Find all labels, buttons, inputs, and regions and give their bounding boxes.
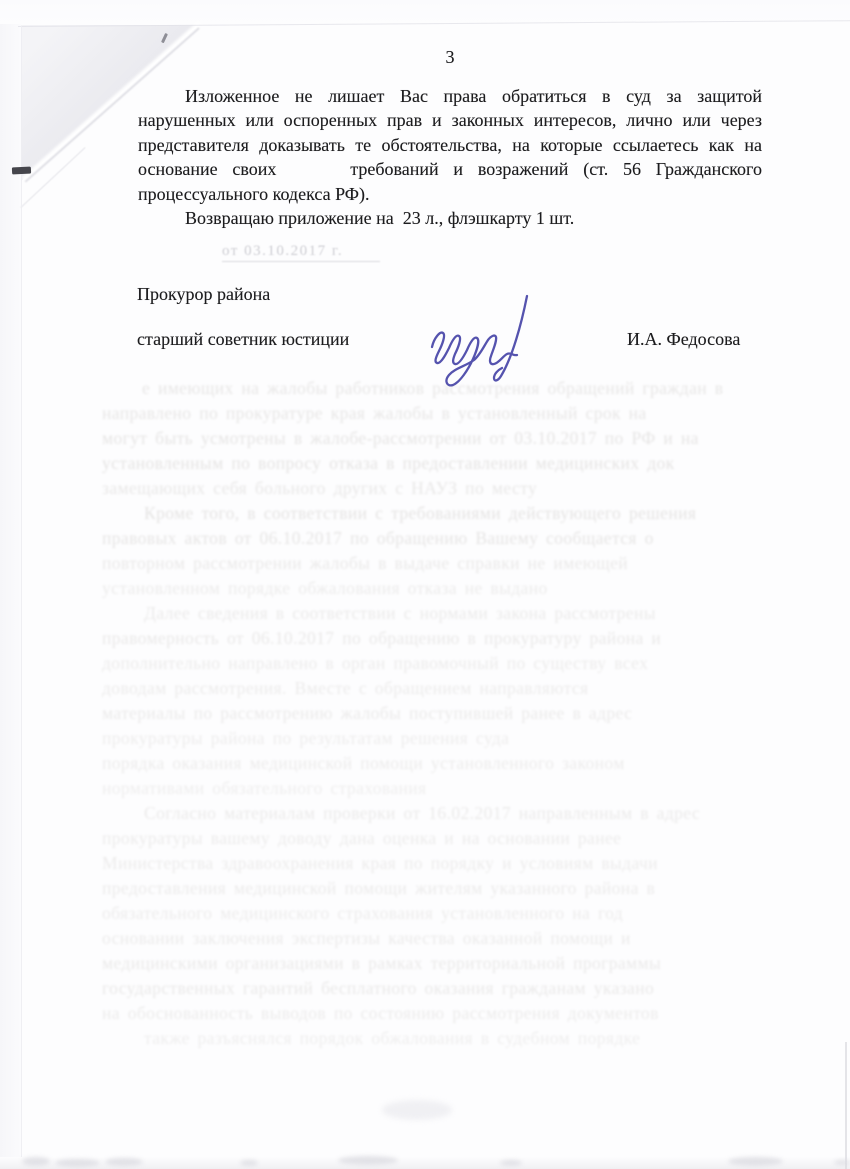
ghost-line: правовых актов от 06.10.2017 по обращени… [102,526,802,551]
ghost-line: нормативами обязательного страхования [102,776,544,801]
paragraph-line: Изложенное не лишает Вас права обратитьс… [138,84,762,108]
bottom-smudge [22,1157,50,1166]
ghost-line: также разъяснялся порядок обжалования в … [144,1026,756,1051]
ghost-line: предоставления медицинской помощи жителя… [102,876,792,901]
ghost-line: дополнительно направлено в орган правомо… [102,651,758,676]
handwritten-signature-ink [424,290,552,390]
paragraph-line: нарушенных или оспоренных прав и законны… [138,108,762,132]
bottom-smudge [500,1160,522,1166]
ghost-line: направлено по прокуратуре края жалобы в … [102,401,808,426]
bottom-smudge [834,1160,850,1165]
ghost-line: государственных гарантий бесплатного ока… [102,976,804,1001]
signer-name: И.А. Федосова [627,329,740,350]
ghost-line: материалы по рассмотрению жалобы поступи… [102,701,780,726]
bleedthrough-text: е имеющих на жалобы работников рассмотре… [102,376,822,1051]
bleedthrough-heading-fragment: от 03.10.2017 г. [222,243,380,262]
right-edge-scan-line [845,1042,847,1169]
ghost-line: прокуратуры вашему доводу дана оценка и … [102,826,780,851]
ghost-line: повторном рассмотрении жалобы в выдаче с… [102,551,754,576]
page-number: 3 [138,47,762,68]
scanned-document-page: 3 Изложенное не лишает Вас права обратит… [0,0,850,1169]
bottom-smudge [240,1160,258,1166]
left-edge-ink-mark [12,167,31,175]
body-paragraph: Изложенное не лишает Вас права обратитьс… [138,84,762,230]
ghost-line: медицинскими организациями в рамках терр… [102,951,784,976]
ghost-line: основании заключения экспертизы качества… [102,926,802,951]
ghost-line: порядка оказания медицинской помощи уста… [102,751,790,776]
ghost-line: доводам рассмотрения. Вместе с обращение… [102,676,724,701]
paragraph-line: основание своих требований и возражений … [138,157,762,181]
ghost-line: е имеющих на жалобы работников рассмотре… [142,376,804,401]
paragraph-line: процессуального кодекса РФ). [138,182,762,206]
ghost-line: прокуратуры района по результатам решени… [102,726,662,751]
ghost-line: правомерность от 06.10.2017 по обращению… [102,626,794,651]
ghost-line: обязательного медицинского страхования у… [102,901,770,926]
ghost-line: установленным по вопросу отказа в предос… [102,451,750,476]
signer-position-line1: Прокурор района [137,284,270,305]
ghost-line: Согласно материалам проверки от 16.02.20… [144,801,844,826]
ghost-line: Кроме того, в соответствии с требованиям… [144,501,812,526]
ghost-line: Далее сведения в соответствии с нормами … [144,601,792,626]
ghost-line: могут быть усмотрены в жалобе-рассмотрен… [102,426,814,451]
paragraph-line: представителя доказывать те обстоятельст… [138,133,762,157]
ghost-line: установленном порядке обжалования отказа… [102,576,702,601]
ghost-line: замещающих себя больного других с НАУЗ п… [102,476,630,501]
paper-left-edge [21,26,22,1169]
ghost-line: Министерства здравоохранения края по пор… [102,851,802,876]
bottom-smudge [728,1157,783,1166]
scanner-background-left [0,0,21,1169]
faint-smudge [382,1100,452,1120]
bottom-smudge [338,1156,398,1165]
return-attachment-line: Возвращаю приложение на 23 л., флэшкарту… [138,206,762,230]
ghost-line: на обоснованность выводов по состоянию р… [102,1001,746,1026]
bottom-smudge [105,1158,143,1166]
bottom-smudge [55,1159,100,1167]
signer-position-line2: старший советник юстиции [137,329,349,350]
